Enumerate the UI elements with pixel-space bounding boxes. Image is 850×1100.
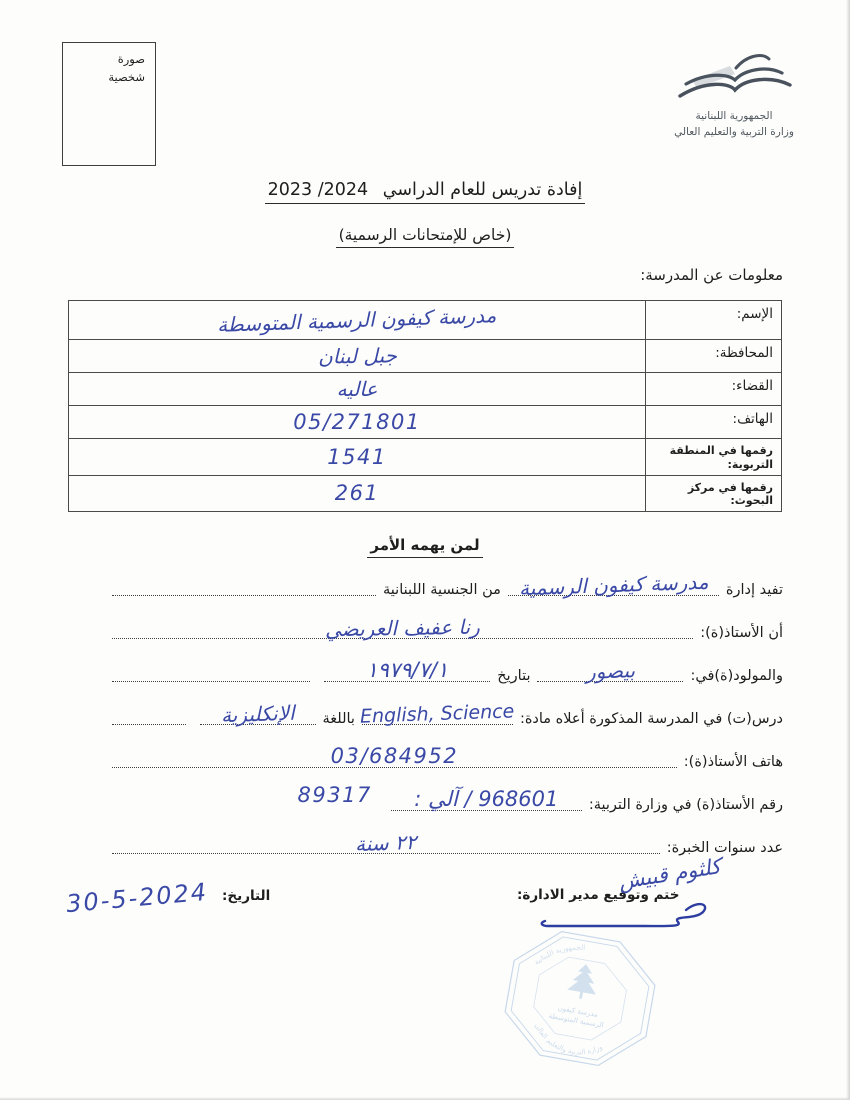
- fill-birthplace: بيصور: [535, 656, 685, 686]
- row-label-research-center-number: رقمها في مركز البحوث:: [645, 476, 781, 512]
- row-label-district-number: رقمها في المنطقة التربوية:: [645, 439, 781, 475]
- letter-line-birth: والمولود(ة)في: بيصور بتاريخ ١٩٧٩/٧/١: [105, 656, 783, 686]
- official-stamp: الجمهورية اللبنانية وزارة التربية والتعل…: [498, 924, 663, 1074]
- handwritten-date: 30-5-2024: [65, 878, 209, 918]
- ministry-name-line2: وزارة التربية والتعليم العالي: [648, 124, 820, 140]
- fill-experience-years: ٢٢ سنة: [110, 828, 662, 858]
- photo-placeholder-box: صورة شخصية: [62, 42, 156, 166]
- fill-blank: [110, 570, 378, 600]
- row-value-district-number: 1541: [69, 439, 645, 475]
- letter-line-teacher-phone: هاتف الأستاذ(ة): 03/684952: [105, 742, 783, 772]
- fill-ministry-number: 968601 / آلي :: [389, 785, 584, 815]
- table-row: المحافظة: جبل لبنان: [69, 340, 781, 373]
- document-title: إفادة تدريس للعام الدراسي 2023 /2024: [0, 180, 850, 204]
- row-label-name: الإسم:: [645, 301, 781, 339]
- row-value-phone: 05/271801: [69, 406, 645, 438]
- letter-body: تفيد إدارة مدرسة كيفون الرسمية من الجنسي…: [105, 570, 783, 871]
- title-text: إفادة تدريس للعام الدراسي: [383, 180, 583, 200]
- row-label-district: القضاء:: [645, 373, 781, 405]
- school-info-table: الإسم: مدرسة كيفون الرسمية المتوسطة المح…: [68, 300, 782, 512]
- photo-box-label-line2: شخصية: [73, 69, 145, 87]
- table-row: الإسم: مدرسة كيفون الرسمية المتوسطة: [69, 301, 781, 340]
- open-book-icon: [672, 50, 797, 104]
- fill-school-name: مدرسة كيفون الرسمية: [506, 570, 721, 600]
- svg-text:الجمهورية اللبنانية: الجمهورية اللبنانية: [531, 935, 586, 975]
- letter-line-school: تفيد إدارة مدرسة كيفون الرسمية من الجنسي…: [105, 570, 783, 600]
- row-value-name: مدرسة كيفون الرسمية المتوسطة: [69, 301, 645, 339]
- fill-teacher-name: رنا عفيف العريضي: [110, 613, 695, 643]
- cedar-icon: [566, 962, 601, 1001]
- photo-box-label-line1: صورة: [73, 51, 145, 69]
- fill-subject: English, Science: [360, 699, 515, 729]
- letter-line-teacher-name: أن الأستاذ(ة): رنا عفيف العريضي: [105, 613, 783, 643]
- stamp-arc-top-text: الجمهورية اللبنانية: [531, 935, 586, 975]
- table-row: رقمها في المنطقة التربوية: 1541: [69, 439, 781, 476]
- row-label-governorate: المحافظة:: [645, 340, 781, 372]
- date-label: التاريخ:: [222, 888, 270, 904]
- ministry-logo: الجمهورية اللبنانية وزارة التربية والتعل…: [648, 50, 820, 141]
- table-row: القضاء: عاليه: [69, 373, 781, 406]
- scan-edge-right: [846, 0, 850, 1100]
- fill-blank: [110, 699, 188, 729]
- school-info-heading: معلومات عن المدرسة:: [640, 266, 783, 284]
- table-row: رقمها في مركز البحوث: 261: [69, 476, 781, 512]
- letter-line-experience: عدد سنوات الخبرة: ٢٢ سنة: [105, 828, 783, 858]
- table-row: الهاتف: 05/271801: [69, 406, 781, 439]
- row-label-phone: الهاتف:: [645, 406, 781, 438]
- letter-line-ministry-number: رقم الأستاذ(ة) في وزارة التربية: 968601 …: [105, 785, 783, 815]
- row-value-research-center-number: 261: [69, 476, 645, 512]
- fill-blank: [110, 656, 312, 686]
- document-subtitle: (خاص للإمتحانات الرسمية): [0, 226, 850, 248]
- title-academic-year: 2023 /2024: [268, 180, 369, 200]
- fill-language: الإنكليزية: [198, 699, 318, 729]
- fill-teacher-phone: 03/684952: [110, 742, 679, 772]
- ministry-name-line1: الجمهورية اللبنانية: [648, 108, 820, 124]
- ministry-number-extra: 89317: [298, 783, 372, 807]
- document-page: صورة شخصية الجمهورية اللبنانية وزارة الت…: [0, 0, 850, 1100]
- letter-line-subject: درس(ت) في المدرسة المذكورة أعلاه مادة: E…: [105, 699, 783, 729]
- row-value-governorate: جبل لبنان: [69, 340, 645, 372]
- letter-heading: لمن يهمه الأمر: [0, 536, 850, 558]
- subtitle-text: (خاص للإمتحانات الرسمية): [336, 226, 515, 248]
- fill-birthdate: ١٩٧٩/٧/١: [322, 656, 492, 686]
- row-value-district: عاليه: [69, 373, 645, 405]
